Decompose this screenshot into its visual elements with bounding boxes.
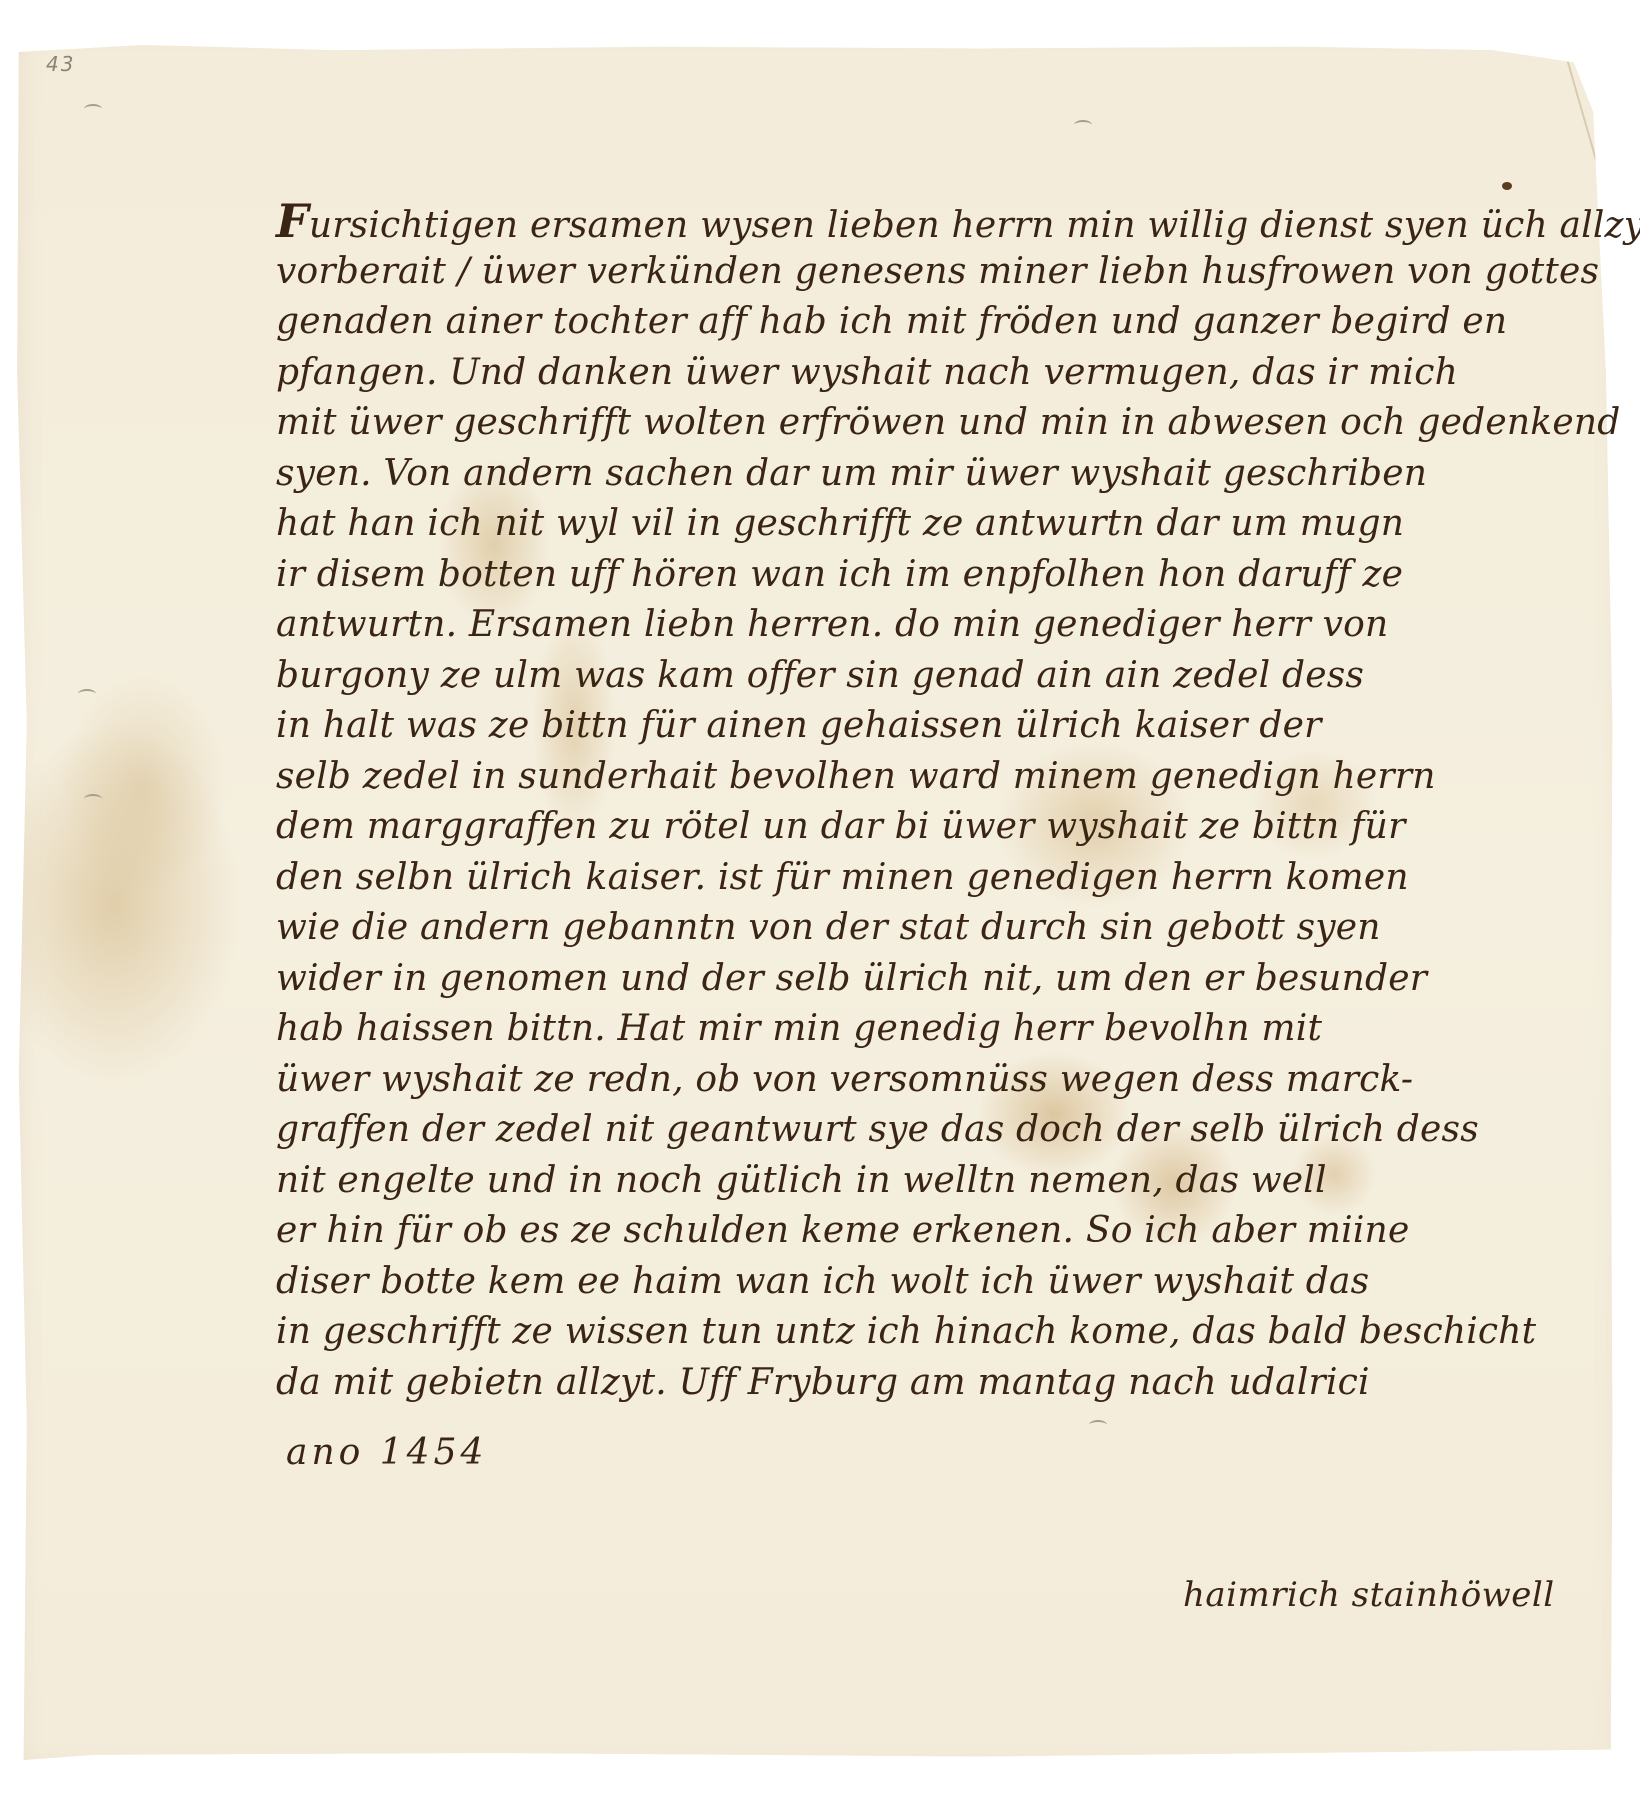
letter-line: er hin für ob es ze schulden keme erkene… (276, 1206, 1636, 1257)
paper-damage-mark (1074, 120, 1092, 130)
letter-line: den selbn ülrich kaiser. ist für minen g… (276, 853, 1636, 904)
paper-damage-mark (84, 104, 102, 114)
letter-line: diser botte kem ee haim wan ich wolt ich… (276, 1257, 1636, 1308)
letter-line: pfangen. Und danken üwer wyshait nach ve… (276, 348, 1636, 399)
paper-damage-mark (84, 794, 102, 804)
letter-line: wider in genomen und der selb ülrich nit… (276, 954, 1636, 1005)
letter-line: hab haissen bittn. Hat mir min genedig h… (276, 1004, 1636, 1055)
letter-line: genaden ainer tochter aff hab ich mit fr… (276, 297, 1636, 348)
letter-line: graffen der zedel nit geantwurt sye das … (276, 1105, 1636, 1156)
letter-line: in geschrifft ze wissen tun untz ich hin… (276, 1307, 1636, 1358)
letter-line: Fursichtigen ersamen wysen lieben herrn … (276, 196, 1636, 247)
letter-line: wie die andern gebanntn von der stat dur… (276, 903, 1636, 954)
archive-folio-number: 43 (46, 52, 75, 76)
letter-line: antwurtn. Ersamen liebn herren. do min g… (276, 600, 1636, 651)
paper-damage-mark (1089, 1420, 1107, 1430)
ink-blot (1502, 182, 1512, 190)
letter-line: üwer wyshait ze redn, ob von versomnüss … (276, 1055, 1636, 1106)
letter-line: da mit gebietn allzyt. Uff Fryburg am ma… (276, 1358, 1636, 1409)
letter-line: in halt was ze bittn für ainen gehaissen… (276, 701, 1636, 752)
letter-line: ir disem botten uff hören wan ich im enp… (276, 550, 1636, 601)
signature: haimrich stainhöwell (1183, 1575, 1555, 1615)
letter-line: hat han ich nit wyl vil in geschrifft ze… (276, 499, 1636, 550)
letter-line: dem marggraffen zu rötel un dar bi üwer … (276, 802, 1636, 853)
letter-line: burgony ze ulm was kam offer sin genad a… (276, 651, 1636, 702)
letter-line: nit engelte und in noch gütlich in wellt… (276, 1156, 1636, 1207)
letter-line: syen. Von andern sachen dar um mir üwer … (276, 449, 1636, 500)
letter-body: Fursichtigen ersamen wysen lieben herrn … (276, 196, 1636, 1408)
letter-line: vorberait / üwer verkünden genesens mine… (276, 247, 1636, 298)
letter-line: mit üwer geschrifft wolten erfröwen und … (276, 398, 1636, 449)
letter-line: selb zedel in sunderhait bevolhen ward m… (276, 752, 1636, 803)
date-line: ano 1454 (286, 1432, 487, 1473)
paper-damage-mark (78, 689, 96, 699)
